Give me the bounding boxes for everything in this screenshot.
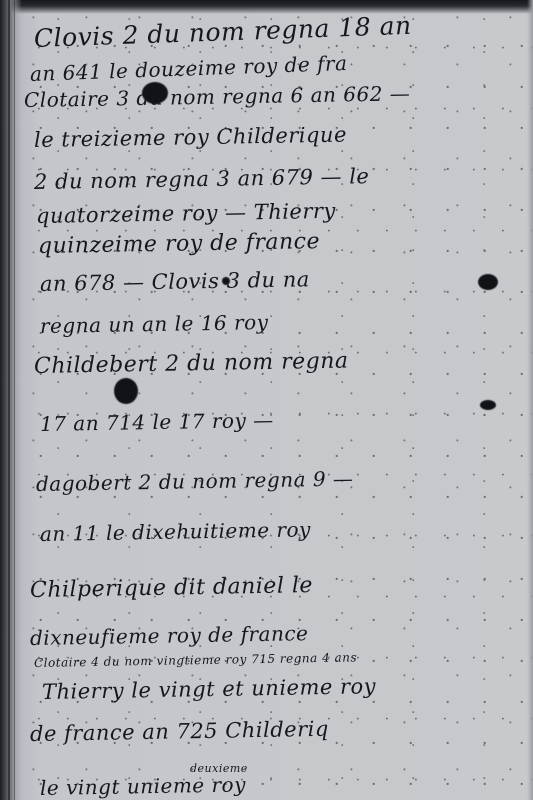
manuscript-line: le vingt unieme roy	[40, 772, 246, 800]
manuscript-line: an 678 — Clovis 3 du na	[40, 267, 310, 296]
page-right-edge	[527, 0, 533, 800]
margin-rule-inner	[14, 0, 15, 800]
manuscript-line: Chilperique dit daniel le	[30, 573, 313, 603]
page-left-edge	[0, 0, 22, 800]
ink-blot	[478, 274, 498, 290]
margin-rule	[8, 0, 10, 800]
manuscript-line: regna un an le 16 roy	[40, 310, 269, 338]
manuscript-page: Clovis 2 du nom regna 18 anan 641 le dou…	[0, 0, 533, 800]
manuscript-line: dixneufieme roy de france	[30, 621, 309, 650]
manuscript-line: quinzeime roy de france	[38, 229, 320, 259]
page-top-edge	[0, 0, 533, 14]
ink-blot	[114, 378, 138, 404]
manuscript-line: an 11 le dixehuitieme roy	[40, 517, 311, 546]
manuscript-line: 17 an 714 le 17 roy —	[40, 408, 274, 436]
ink-blot	[480, 400, 496, 410]
